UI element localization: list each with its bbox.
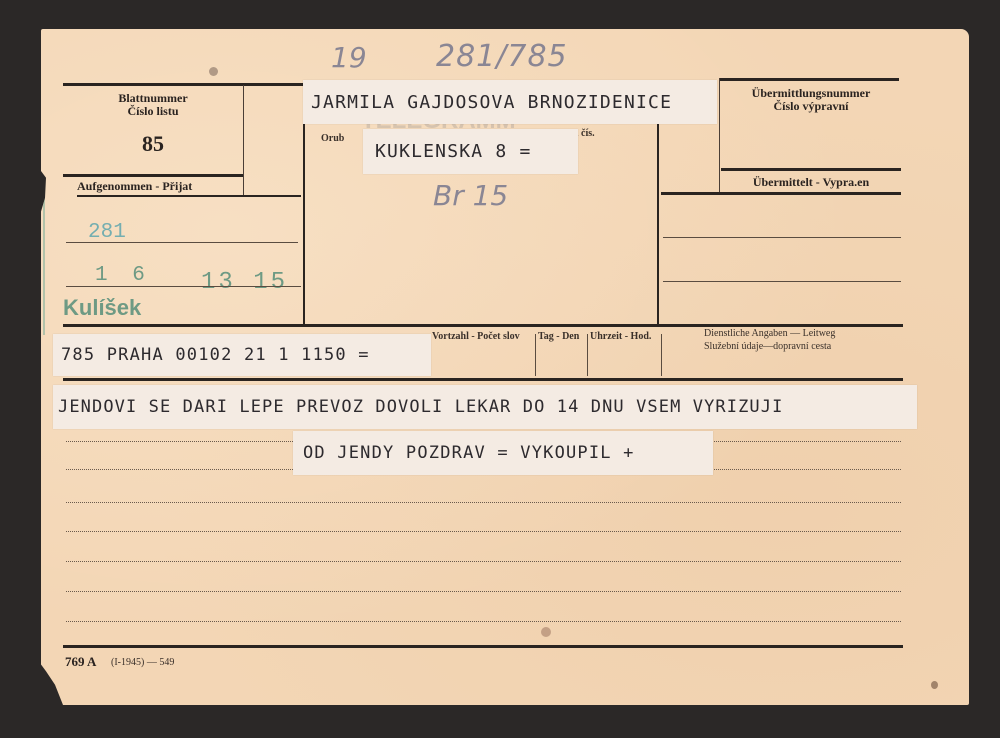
transmission-box-divider xyxy=(719,78,720,194)
paper-spot xyxy=(209,67,218,76)
stamp-edge-mark xyxy=(43,195,45,335)
message-line-6 xyxy=(66,591,901,592)
message-line-5 xyxy=(66,561,901,562)
transmitted-rule xyxy=(661,192,901,195)
transmitted-line-2 xyxy=(663,281,901,282)
word-count-label: Vortzahl - Počet slov xyxy=(432,331,520,343)
address-box-right-border xyxy=(657,124,659,324)
day-divider xyxy=(587,334,588,376)
pencil-note-top-left: 19 xyxy=(331,41,367,74)
word-count-divider xyxy=(535,334,536,376)
middle-rule-top xyxy=(63,324,903,327)
header-tape: 785 PRAHA 00102 21 1 1150 = xyxy=(53,334,431,376)
received-line-2 xyxy=(66,286,301,287)
received-line-1 xyxy=(66,242,298,243)
middle-rule-bottom xyxy=(63,378,903,381)
form-edition: (I-1945) — 549 xyxy=(111,657,174,669)
form-code: 769 A xyxy=(65,655,96,668)
bottom-rule xyxy=(63,645,903,648)
operator-stamp: Kulíšek xyxy=(63,295,141,321)
message-tape-1: JENDOVI SE DARI LEPE PREVOZ DOVOLI LEKAR… xyxy=(53,385,917,429)
recipient-tape: JARMILA GAJDOSOVA BRNOZIDENICE xyxy=(303,80,717,124)
address-tape: KUKLENSKA 8 = xyxy=(363,129,578,174)
sheet-number-label-cz: Číslo listu xyxy=(103,105,203,118)
sheet-box-divider xyxy=(243,85,244,195)
service-info-label-de: Dienstliche Angaben — Leitweg xyxy=(704,328,835,340)
received-time-stamp: 13 15 xyxy=(201,269,288,296)
transmission-box-rule xyxy=(721,168,901,171)
top-rule-right xyxy=(719,78,899,81)
time-label: Uhrzeit - Hod. xyxy=(590,331,651,343)
received-rule xyxy=(77,195,301,197)
message-line-7 xyxy=(66,621,901,622)
paper-spot xyxy=(931,681,938,689)
received-day-stamp: 1 6 xyxy=(95,264,151,287)
received-number-stamp: 281 xyxy=(88,221,126,244)
transmitted-label: Übermittelt - Vypra.en xyxy=(731,176,891,189)
pencil-note-top-right: 281/785 xyxy=(436,39,568,74)
day-label: Tag - Den xyxy=(538,331,579,343)
sheet-number: 85 xyxy=(123,132,183,156)
pencil-note-middle: Br 15 xyxy=(433,179,508,212)
sheet-box-bottom-rule xyxy=(63,174,243,177)
transmission-number-label-cz: Číslo výpravní xyxy=(731,100,891,113)
time-divider xyxy=(661,334,662,376)
message-line-3 xyxy=(66,502,901,503)
top-rule-left xyxy=(63,83,303,86)
message-line-4 xyxy=(66,531,901,532)
received-label: Aufgenommen - Přijat xyxy=(77,180,237,193)
telegram-form: 19 281/785 Blattnummer Číslo listu 85 Au… xyxy=(41,29,969,705)
origin-label: Orub xyxy=(321,133,344,145)
paper-spot xyxy=(541,627,551,637)
transmitted-line-1 xyxy=(663,237,901,238)
message-tape-2: OD JENDY POZDRAV = VYKOUPIL + xyxy=(293,431,713,475)
service-info-label-cz: Služební údaje—dopravní cesta xyxy=(704,341,831,353)
